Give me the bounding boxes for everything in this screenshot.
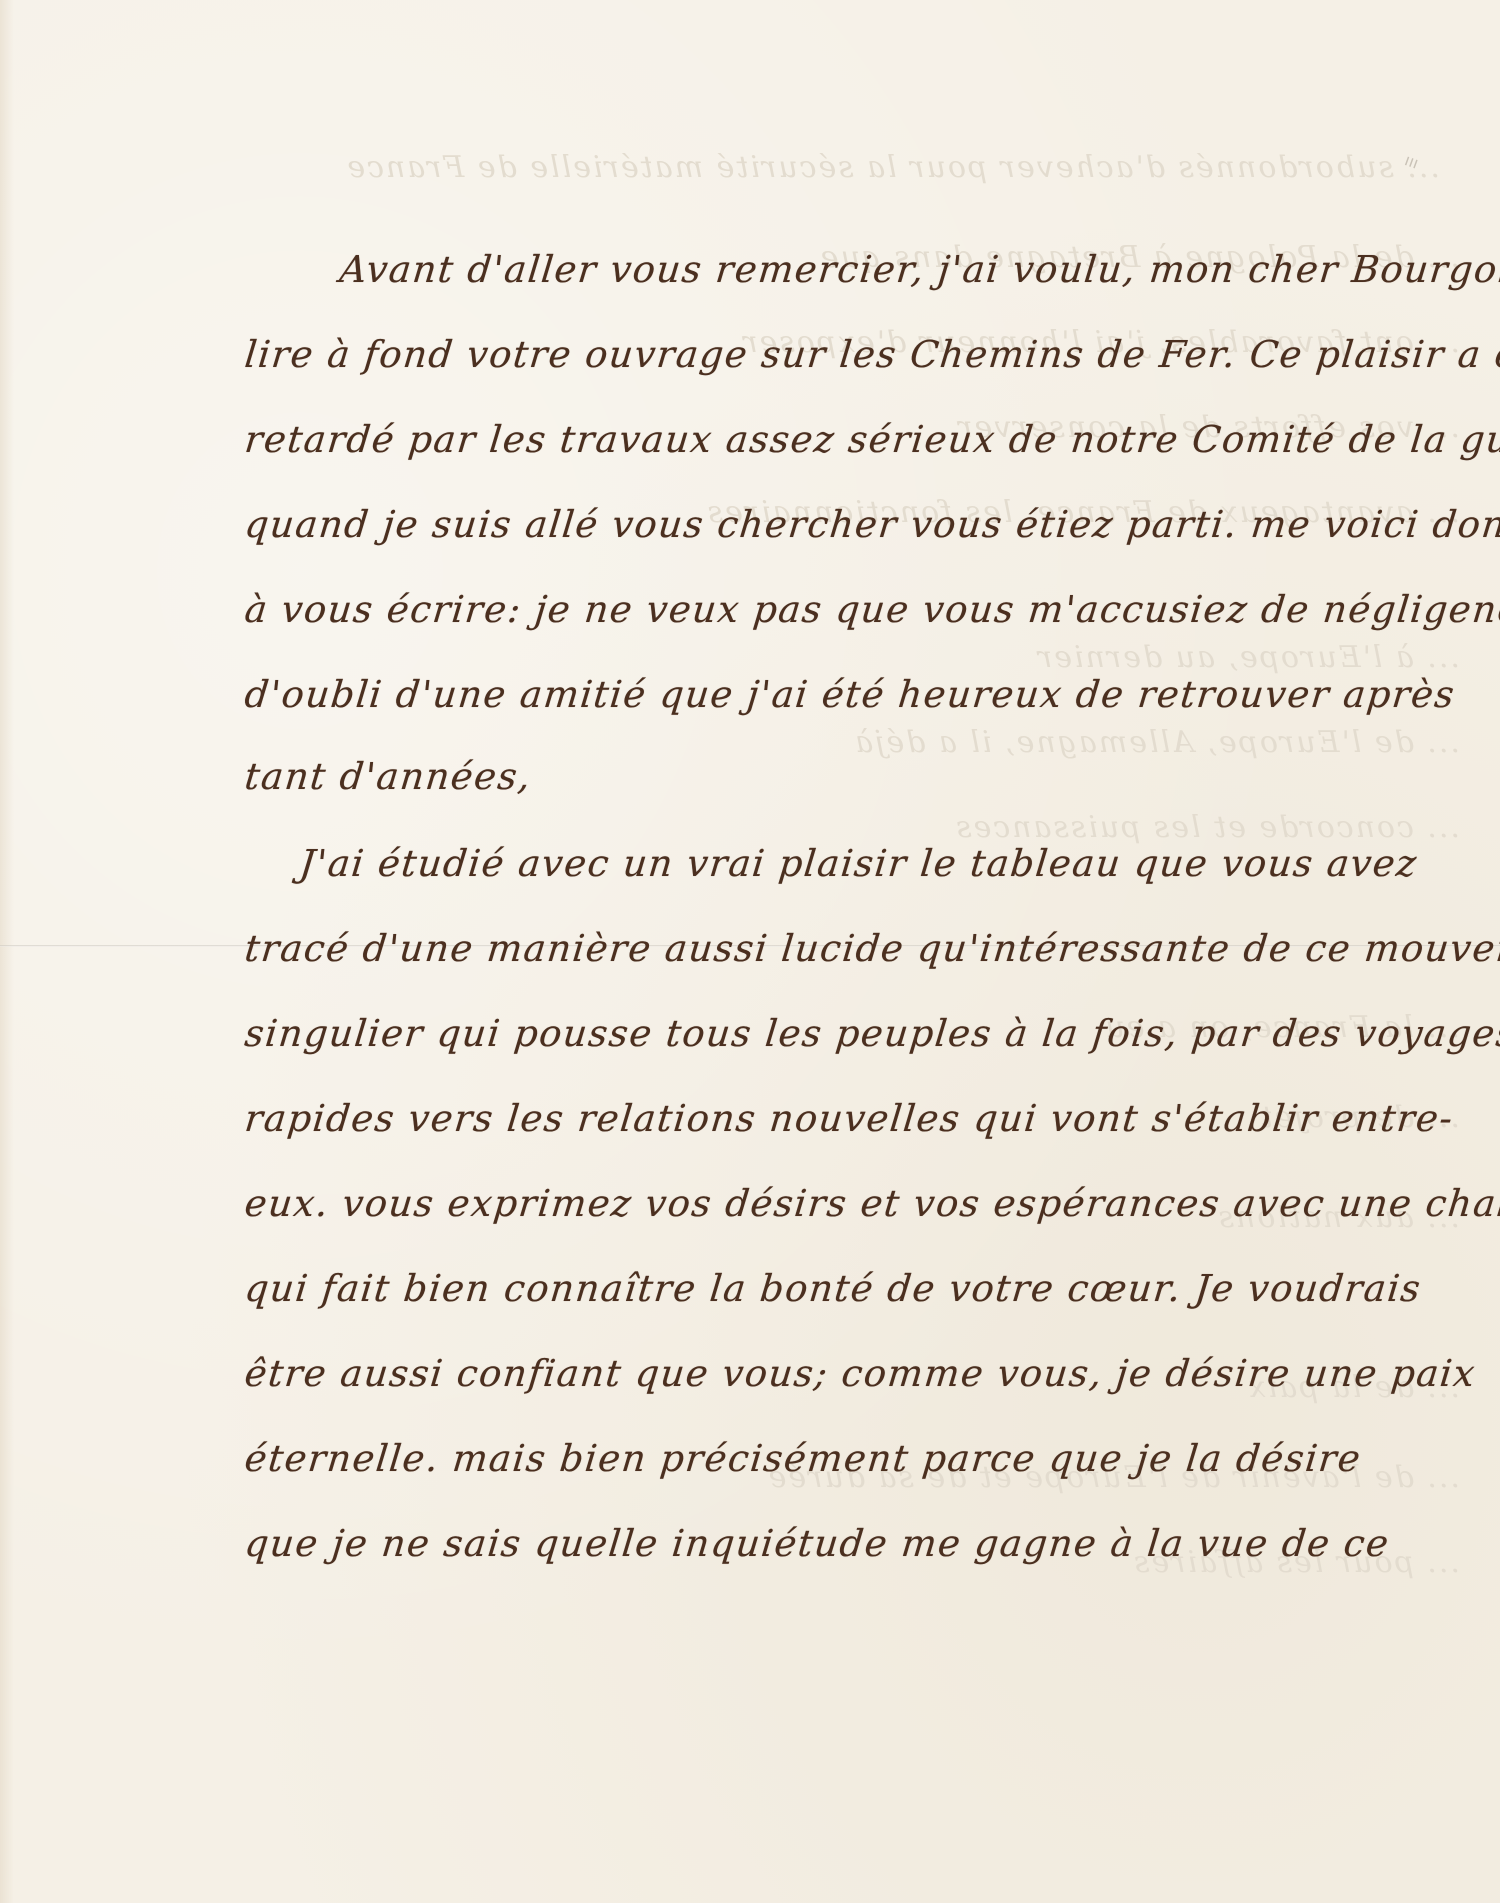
- letter-line: Avant d'aller vous remercier, j'ai voulu…: [338, 248, 1500, 291]
- letter-line: éternelle. mais bien précisément parce q…: [243, 1437, 1364, 1480]
- letter-page: ... subordonnés d'achever pour la sécuri…: [0, 0, 1500, 1903]
- letter-line: tracé d'une manière aussi lucide qu'inté…: [243, 927, 1500, 970]
- letter-line: que je ne sais quelle inquiétude me gagn…: [243, 1522, 1392, 1565]
- letter-line: d'oubli d'une amitié que j'ai été heureu…: [243, 673, 1458, 716]
- letter-line: quand je suis allé vous chercher vous ét…: [243, 503, 1500, 546]
- letter-line: lire à fond votre ouvrage sur les Chemin…: [243, 333, 1500, 376]
- letter-line: singulier qui pousse tous les peuples à …: [243, 1012, 1500, 1055]
- letter-line: J'ai étudié avec un vrai plaisir le tabl…: [298, 842, 1420, 885]
- letter-body: Avant d'aller vous remercier, j'ai voulu…: [0, 0, 1500, 1903]
- letter-line: à vous écrire: je ne veux pas que vous m…: [243, 588, 1500, 631]
- letter-line: tant d'années,: [243, 755, 534, 798]
- letter-line: qui fait bien connaître la bonté de votr…: [243, 1267, 1424, 1310]
- letter-line: retardé par les travaux assez sérieux de…: [243, 418, 1500, 461]
- letter-line: eux. vous exprimez vos désirs et vos esp…: [243, 1182, 1500, 1225]
- letter-line: rapides vers les relations nouvelles qui…: [243, 1097, 1456, 1140]
- letter-line: être aussi confiant que vous; comme vous…: [243, 1352, 1478, 1395]
